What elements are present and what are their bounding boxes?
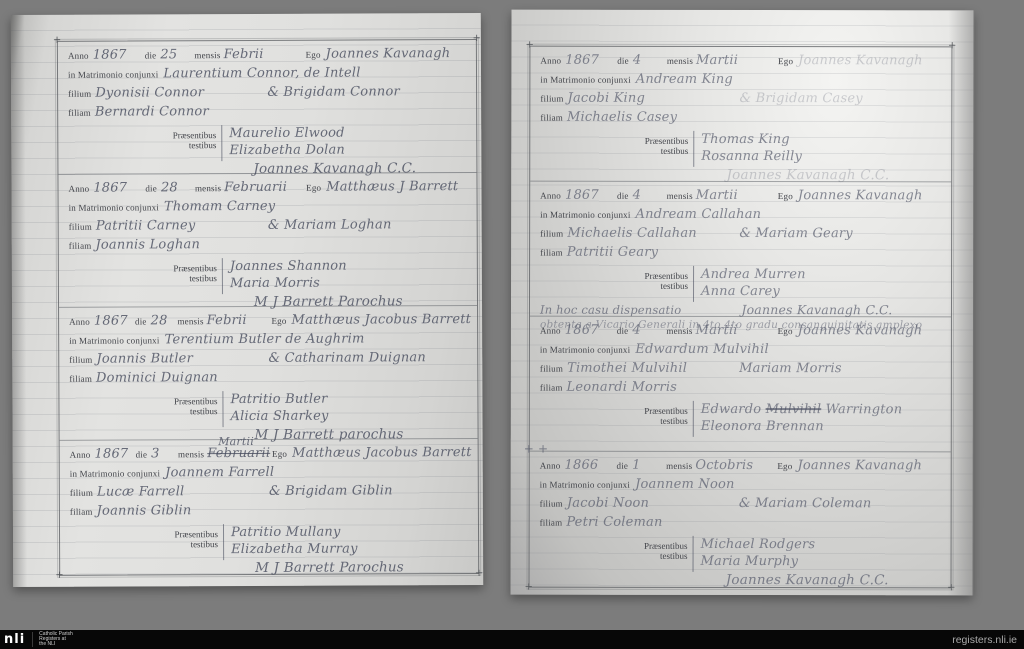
register-entry: Anno 1867 die 25 mensis Febrii Ego Joann… xyxy=(58,40,477,175)
mensis-text: Febrii xyxy=(207,313,247,328)
bride-father-name: Patritii Geary xyxy=(563,245,658,260)
mensis-text: Martii xyxy=(696,188,738,203)
die-label: die xyxy=(617,56,629,66)
testibus-label-line1: Præsentibus xyxy=(100,529,218,540)
anno-label: Anno xyxy=(540,56,561,66)
witness-names: Edwardo Mulvihil Warrington Eleonora Bre… xyxy=(693,401,903,437)
witness-names: Michael Rodgers Maria Murphy xyxy=(693,536,816,572)
entry-line-bride-father: filiam Leonardi Morris xyxy=(540,380,945,400)
mensis-value: Martii xyxy=(693,53,778,68)
conjunxi-label: in Matrimonio conjunxi xyxy=(540,480,630,490)
die-label: die xyxy=(135,316,147,326)
priest-name: Joannes Kavanagh xyxy=(793,53,945,68)
filium-label: filium xyxy=(540,94,563,104)
anno-value: 1867 xyxy=(89,47,145,62)
priest-name: Joannes Kavanagh xyxy=(792,458,944,473)
testibus-label-line1: Præsentibus xyxy=(570,406,688,416)
register-entry: Anno 1867 die 4 mensis Martii Ego Joanne… xyxy=(530,47,951,183)
die-label: die xyxy=(617,326,629,336)
filiam-label: filiam xyxy=(540,383,563,393)
nli-caption-line3: the NLI xyxy=(39,641,55,647)
register-page-left: + + + + Anno 1867 die 25 mensis Febrii E… xyxy=(11,13,483,587)
testibus-label-line2: testibus xyxy=(570,551,688,561)
mensis-text: Februarii xyxy=(224,180,287,195)
dispensation-signature: Joannes Kavanagh C.C. xyxy=(741,303,892,317)
bride-father-name: Petri Coleman xyxy=(562,515,662,530)
entry-line-date: Anno 1867 die 25 mensis Febrii Ego Joann… xyxy=(68,46,470,67)
witness-names: Thomas King Rosanna Reilly xyxy=(693,131,802,167)
testibus-label-line1: Præsentibus xyxy=(99,263,217,274)
groom-name: Andream Callahan xyxy=(631,207,762,222)
priest-name: Joannes Kavanagh xyxy=(321,46,470,62)
entry-line-bride-father: filiam Joannis Loghan xyxy=(69,236,471,257)
entry-line-groom: in Matrimonio conjunxi Terentium Butler … xyxy=(69,331,471,352)
witnesses-block: Præsentibus testibus Patritio Butler Ali… xyxy=(69,390,471,428)
bride-father-name: Joannis Loghan xyxy=(91,237,200,252)
entry-line-bride-father: filiam Bernardi Connor xyxy=(68,103,470,124)
priest-signature: Joannes Kavanagh C.C. xyxy=(727,167,890,183)
mensis-label: mensis xyxy=(667,191,693,201)
ego-label: Ego xyxy=(272,449,287,459)
filiam-label: filiam xyxy=(540,518,563,528)
witness-1-name: Edwardo Mulvihil Warrington xyxy=(701,401,902,418)
entry-line-bride-father: filiam Dominici Duignan xyxy=(69,369,471,390)
mensis-label: mensis xyxy=(666,326,692,336)
testibus-label: Præsentibus testibus xyxy=(570,536,688,572)
entry-line-bride-father: filiam Joannis Giblin xyxy=(70,502,472,523)
ego-label: Ego xyxy=(778,191,793,201)
witness-1-name: Maurelio Elwood xyxy=(229,125,345,143)
page-frame: + + + + Anno 1867 die 4 mensis Martii Eg… xyxy=(529,46,953,589)
die-value: 4 xyxy=(629,188,667,203)
entry-signature-row: Joannes Kavanagh C.C. xyxy=(539,572,944,593)
filium-label: filium xyxy=(540,364,563,374)
filiam-label: filiam xyxy=(69,241,92,251)
priest-name: Matthæus J Barrett xyxy=(321,179,470,195)
register-entry: Anno 1867 die 4 mensis Martii Ego Joanne… xyxy=(530,182,951,318)
witness-1-name: Michael Rodgers xyxy=(701,536,816,553)
priest-name: Joannes Kavanagh xyxy=(793,323,945,338)
register-entry: + + Anno 1866 die 1 mensis Octobris Ego … xyxy=(530,452,951,588)
witness-names: Joannes Shannon Maria Morris xyxy=(222,258,347,295)
entry-signature-row: M J Barrett Parochus xyxy=(70,559,472,581)
testibus-label-line1: Præsentibus xyxy=(99,396,217,407)
anno-value: 1867 xyxy=(561,53,617,68)
testibus-label-line1: Præsentibus xyxy=(570,136,688,146)
bride-name: & Brigidam Casey xyxy=(736,91,863,106)
entry-line-groom: in Matrimonio conjunxi Joannem Noon xyxy=(540,477,945,497)
groom-name: Joannem Noon xyxy=(630,477,735,492)
bride-father-name: Bernardi Connor xyxy=(91,104,209,120)
die-label: die xyxy=(617,461,629,471)
mensis-value: Februarii Martii xyxy=(204,446,272,461)
bride-father-name: Joannis Giblin xyxy=(93,503,192,518)
groom-name: Terentium Butler de Aughrim xyxy=(160,331,365,347)
anno-label: Anno xyxy=(540,326,561,336)
conjunxi-label: in Matrimonio conjunxi xyxy=(540,345,630,355)
register-page-right: + + + + Anno 1867 die 4 mensis Martii Eg… xyxy=(510,10,973,596)
bride-name: & Mariam Coleman xyxy=(735,496,872,511)
bride-name: & Mariam Loghan xyxy=(264,217,392,233)
register-entry: Anno 1867 die 28 mensis Febrii Ego Matth… xyxy=(59,306,478,441)
mensis-text: Martii xyxy=(696,53,738,68)
die-value: 1 xyxy=(628,458,666,473)
die-value: 4 xyxy=(629,53,667,68)
die-value: 28 xyxy=(147,313,178,328)
anno-label: Anno xyxy=(68,184,89,194)
die-value: 25 xyxy=(156,47,194,62)
register-entry: Anno 1867 die 3 mensis Februarii Martii … xyxy=(60,439,479,574)
witness-2-name: Elizabetha Murray xyxy=(231,541,358,559)
witness-1-name: Andrea Murren xyxy=(701,266,806,283)
die-value: 28 xyxy=(157,180,195,195)
anno-value: 1867 xyxy=(561,188,617,203)
groom-father-name: Joannis Butler xyxy=(92,351,264,367)
priest-signature: M J Barrett Parochus xyxy=(255,559,404,576)
conjunxi-label: in Matrimonio conjunxi xyxy=(540,210,630,220)
filium-label: filium xyxy=(540,229,563,239)
mensis-struck-text: Februarii xyxy=(207,446,270,461)
conjunxi-label: in Matrimonio conjunxi xyxy=(69,335,159,345)
bride-father-name: Dominici Duignan xyxy=(92,370,218,386)
testibus-label-line2: testibus xyxy=(99,273,217,284)
mensis-value: Febrii xyxy=(221,47,306,62)
entry-line-date: Anno 1867 die 3 mensis Februarii Martii … xyxy=(70,445,472,466)
testibus-label: Præsentibus testibus xyxy=(99,391,217,428)
priest-name: Matthæus Jacobus Barrett xyxy=(287,445,472,461)
groom-name: Edwardum Mulvihil xyxy=(630,342,769,357)
witnesses-block: Præsentibus testibus Michael Rodgers Mar… xyxy=(540,536,945,573)
frame-corner-ornament: + xyxy=(947,583,955,593)
mensis-value: Febrii xyxy=(204,313,272,328)
entry-line-date: Anno 1866 die 1 mensis Octobris Ego Joan… xyxy=(540,458,945,478)
witnesses-block: Præsentibus testibus Patritio Mullany El… xyxy=(70,523,472,561)
die-value: 4 xyxy=(628,323,666,338)
testibus-label: Præsentibus testibus xyxy=(570,266,688,302)
ego-label: Ego xyxy=(778,326,793,336)
die-value: 3 xyxy=(147,446,178,461)
filium-label: filium xyxy=(540,499,563,509)
groom-name: Laurentium Connor, de Intell xyxy=(158,66,360,82)
anno-label: Anno xyxy=(540,461,561,471)
bride-name: & Mariam Geary xyxy=(735,226,853,241)
anno-value: 1867 xyxy=(90,313,135,328)
anno-label: Anno xyxy=(69,317,90,327)
groom-father-name: Michaelis Callahan xyxy=(563,226,735,241)
register-entry: Anno 1867 die 28 mensis Februarii Ego Ma… xyxy=(58,173,477,308)
entry-line-groom: in Matrimonio conjunxi Laurentium Connor… xyxy=(68,65,470,86)
entry-line-father: filium Dyonisii Connor & Brigidam Connor xyxy=(68,84,470,105)
entry-line-groom: in Matrimonio conjunxi Joannem Farrell xyxy=(70,464,472,485)
mensis-value: Martii xyxy=(693,323,778,338)
dispensation-text-1: In hoc casu dispensatio xyxy=(540,303,681,317)
witness-names: Patritio Butler Alicia Sharkey xyxy=(222,391,328,427)
bride-name: & Brigidam Connor xyxy=(263,84,400,100)
witness-1-name: Patritio Mullany xyxy=(231,524,358,542)
filiam-label: filiam xyxy=(540,248,563,258)
entry-line-groom: in Matrimonio conjunxi Andream Callahan xyxy=(540,207,945,227)
mensis-value: Februarii xyxy=(221,180,306,195)
priest-name: Matthæus Jacobus Barrett xyxy=(287,312,472,328)
entry-line-father: filium Jacobi King & Brigidam Casey xyxy=(540,91,945,111)
die-label: die xyxy=(145,183,157,193)
margin-cross-marks: + + xyxy=(524,442,549,456)
die-label: die xyxy=(136,449,148,459)
ego-label: Ego xyxy=(777,461,792,471)
filiam-label: filiam xyxy=(69,374,92,384)
die-label: die xyxy=(617,191,629,201)
testibus-label-line2: testibus xyxy=(100,539,218,550)
entry-line-father: filium Patritii Carney & Mariam Loghan xyxy=(69,217,471,238)
frame-corner-ornament: + xyxy=(948,41,956,51)
testibus-label: Præsentibus testibus xyxy=(100,524,218,561)
filium-label: filium xyxy=(68,89,91,99)
mensis-label: mensis xyxy=(178,449,204,459)
priest-signature: Joannes Kavanagh C.C. xyxy=(726,572,889,588)
witness-2-name: Eleonora Brennan xyxy=(701,418,902,435)
groom-father-name: Dyonisii Connor xyxy=(91,85,263,101)
groom-father-name: Jacobi King xyxy=(564,91,736,106)
groom-name: Joannem Farrell xyxy=(160,465,274,480)
witness-names: Patritio Mullany Elizabetha Murray xyxy=(223,524,358,561)
entry-line-date: Anno 1867 die 4 mensis Martii Ego Joanne… xyxy=(540,323,945,343)
entry-line-groom: in Matrimonio conjunxi Thomam Carney xyxy=(69,198,471,219)
witness-2-name: Alicia Sharkey xyxy=(230,408,328,425)
filium-label: filium xyxy=(69,355,92,365)
testibus-label-line2: testibus xyxy=(570,146,688,156)
testibus-label: Præsentibus testibus xyxy=(98,125,216,162)
filium-label: filium xyxy=(69,222,92,232)
witness-names: Andrea Murren Anna Carey xyxy=(693,266,806,302)
entry-line-bride-father: filiam Michaelis Casey xyxy=(540,110,945,130)
mensis-correction-text: Martii xyxy=(218,435,254,448)
bride-father-name: Leonardi Morris xyxy=(563,380,678,395)
witness-2-name: Rosanna Reilly xyxy=(701,148,802,165)
conjunxi-label: in Matrimonio conjunxi xyxy=(540,75,630,85)
anno-value: 1867 xyxy=(89,180,145,195)
priest-name: Joannes Kavanagh xyxy=(793,188,945,203)
filium-label: filium xyxy=(70,488,93,498)
entry-line-bride-father: filiam Patritii Geary xyxy=(540,245,945,265)
anno-label: Anno xyxy=(70,450,91,460)
witnesses-block: Præsentibus testibus Joannes Shannon Mar… xyxy=(69,257,471,295)
conjunxi-label: in Matrimonio conjunxi xyxy=(70,468,160,478)
bride-name: & Brigidam Giblin xyxy=(265,483,393,499)
page-frame: + + + + Anno 1867 die 25 mensis Febrii E… xyxy=(57,39,479,576)
anno-label: Anno xyxy=(68,51,89,61)
entry-line-father: filium Joannis Butler & Catharinam Duign… xyxy=(69,350,471,371)
anno-value: 1867 xyxy=(561,323,617,338)
conjunxi-label: in Matrimonio conjunxi xyxy=(69,202,159,212)
testibus-label-line1: Præsentibus xyxy=(570,271,688,281)
entry-line-date: Anno 1867 die 4 mensis Martii Ego Joanne… xyxy=(540,53,945,73)
entry-line-groom: in Matrimonio conjunxi Andream King xyxy=(540,72,945,92)
entry-line-father: filium Michaelis Callahan & Mariam Geary xyxy=(540,226,945,246)
mensis-text: Martii xyxy=(696,323,738,338)
witness-1-name: Joannes Shannon xyxy=(230,258,347,276)
groom-name: Andream King xyxy=(631,72,733,87)
testibus-label-line1: Præsentibus xyxy=(98,130,216,141)
mensis-label: mensis xyxy=(195,183,221,193)
witness-1-name: Thomas King xyxy=(701,131,802,148)
mensis-text: Febrii xyxy=(224,47,264,62)
dispensation-line-1: In hoc casu dispensatio Joannes Kavanagh… xyxy=(540,303,945,318)
nli-caption: Catholic Parish Registers at the NLI xyxy=(32,632,73,647)
entry-line-groom: in Matrimonio conjunxi Edwardum Mulvihil xyxy=(540,342,945,362)
testibus-label-line2: testibus xyxy=(98,140,216,151)
mensis-label: mensis xyxy=(177,316,203,326)
register-entry: Anno 1867 die 4 mensis Martii Ego Joanne… xyxy=(530,317,951,453)
die-label: die xyxy=(145,50,157,60)
entry-line-date: Anno 1867 die 28 mensis Febrii Ego Matth… xyxy=(69,312,471,333)
groom-father-name: Timothei Mulvihil xyxy=(563,361,735,376)
witness-2-name: Elizabetha Dolan xyxy=(229,142,345,160)
bride-father-name: Michaelis Casey xyxy=(563,110,677,125)
testibus-label-line1: Præsentibus xyxy=(570,541,688,551)
ego-label: Ego xyxy=(306,183,321,193)
groom-father-name: Jacobi Noon xyxy=(563,496,735,511)
witness-2-name: Maria Murphy xyxy=(701,553,816,570)
groom-name: Thomam Carney xyxy=(159,199,275,215)
bride-name: & Catharinam Duignan xyxy=(264,350,426,366)
right-page-entries: Anno 1867 die 4 mensis Martii Ego Joanne… xyxy=(530,47,952,588)
entry-line-date: Anno 1867 die 4 mensis Martii Ego Joanne… xyxy=(540,188,945,208)
watermark-text: registers.nli.ie xyxy=(952,634,1017,646)
entry-line-date: Anno 1867 die 28 mensis Februarii Ego Ma… xyxy=(68,179,470,200)
bride-name: Mariam Morris xyxy=(735,361,842,376)
testibus-label: Præsentibus testibus xyxy=(570,131,688,167)
witness-names: Maurelio Elwood Elizabetha Dolan xyxy=(221,125,345,162)
mensis-value: Martii xyxy=(693,188,778,203)
witnesses-block: Præsentibus testibus Thomas King Rosanna… xyxy=(540,131,945,168)
filiam-label: filiam xyxy=(540,113,563,123)
entry-line-father: filium Timothei Mulvihil Mariam Morris xyxy=(540,361,945,381)
witness-2-name: Anna Carey xyxy=(701,283,806,300)
testibus-label: Præsentibus testibus xyxy=(99,258,217,295)
testibus-label: Præsentibus testibus xyxy=(570,401,688,437)
filiam-label: filiam xyxy=(70,507,93,517)
testibus-label-line2: testibus xyxy=(99,406,217,417)
witnesses-block: Præsentibus testibus Maurelio Elwood Eli… xyxy=(68,124,470,162)
witnesses-block: Præsentibus testibus Edwardo Mulvihil Wa… xyxy=(540,401,945,438)
testibus-label-line2: testibus xyxy=(570,281,688,291)
groom-father-name: Patritii Carney xyxy=(92,218,264,234)
entry-line-father: filium Lucæ Farrell & Brigidam Giblin xyxy=(70,483,472,504)
mensis-label: mensis xyxy=(666,461,692,471)
entry-line-father: filium Jacobi Noon & Mariam Coleman xyxy=(540,496,945,516)
conjunxi-label: in Matrimonio conjunxi xyxy=(68,69,158,79)
witness-1-name: Patritio Butler xyxy=(230,391,328,408)
ego-label: Ego xyxy=(271,316,286,326)
testibus-label-line2: testibus xyxy=(570,416,688,426)
mensis-value: Octobris xyxy=(692,458,777,473)
ego-label: Ego xyxy=(306,50,321,60)
left-page-entries: Anno 1867 die 25 mensis Febrii Ego Joann… xyxy=(58,40,478,574)
witness-2-name: Maria Morris xyxy=(230,275,347,293)
nli-logo: nli xyxy=(4,630,25,649)
entry-line-bride-father: filiam Petri Coleman xyxy=(540,515,945,535)
witnesses-block: Præsentibus testibus Andrea Murren Anna … xyxy=(540,266,945,303)
anno-value: 1866 xyxy=(561,458,617,473)
mensis-label: mensis xyxy=(194,50,220,60)
anno-value: 1867 xyxy=(90,446,135,461)
footer-bar: nli Catholic Parish Registers at the NLI… xyxy=(0,630,1024,649)
groom-father-name: Lucæ Farrell xyxy=(93,484,265,500)
mensis-label: mensis xyxy=(667,56,693,66)
mensis-text: Octobris xyxy=(695,458,753,473)
filiam-label: filiam xyxy=(68,108,91,118)
anno-label: Anno xyxy=(540,191,561,201)
ego-label: Ego xyxy=(778,56,793,66)
